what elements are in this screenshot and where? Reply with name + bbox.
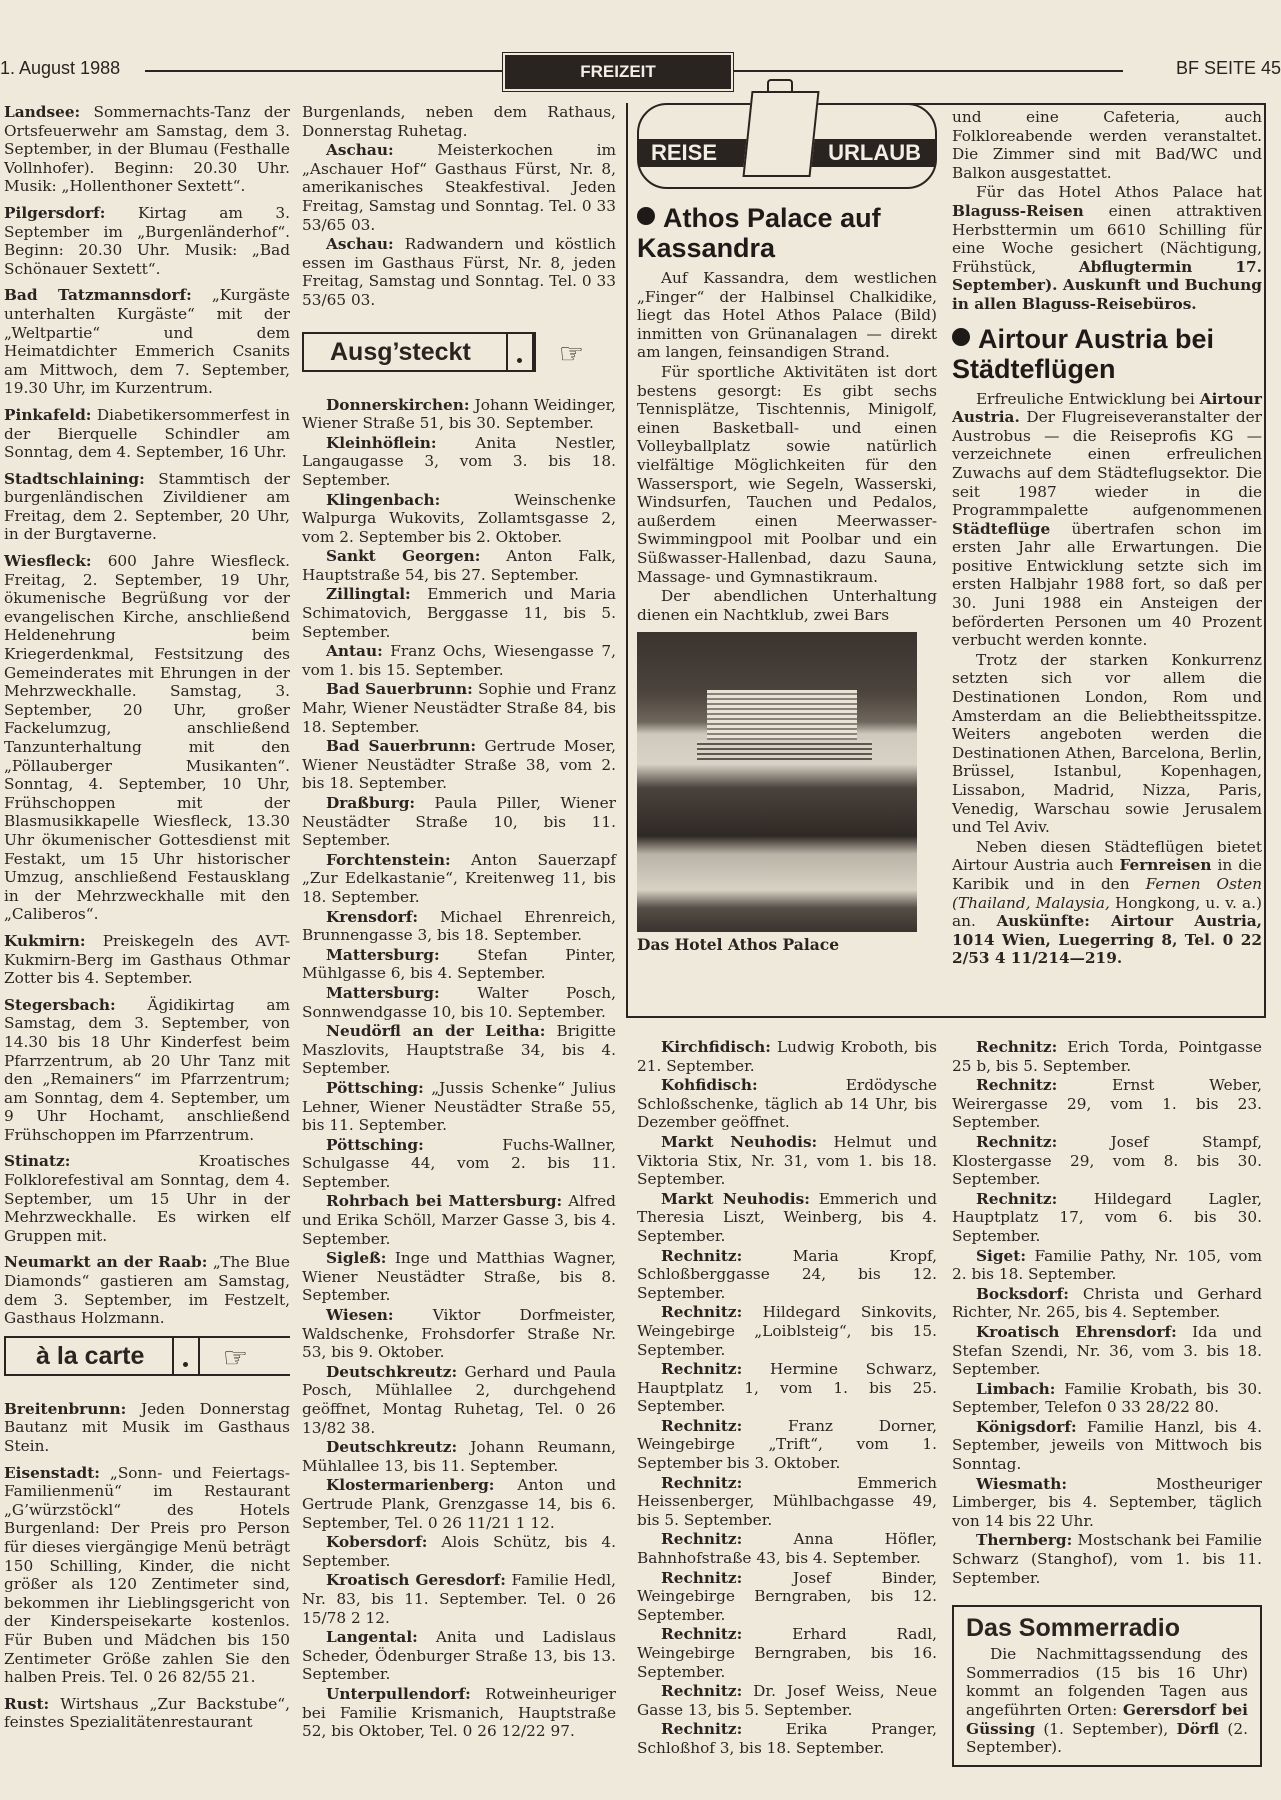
heuriger-entry: Rechnitz: Emmerich Heissenberger, Mühlba… (637, 1474, 937, 1530)
heuriger-entry: Rechnitz: Ernst Weber, Weirergasse 29, v… (952, 1076, 1262, 1132)
heuriger-entry: Rechnitz: Anna Höfler, Bahnhofstraße 43,… (637, 1530, 937, 1567)
heuriger-entry: Pöttsching: Fuchs-Wallner, Schulgasse 44… (302, 1136, 616, 1192)
kicker-a-la-carte: à la carte ☞ (4, 1336, 290, 1376)
kicker-tab-icon (506, 332, 534, 372)
heuriger-entry: Königsdorf: Familie Hanzl, bis 4. Septem… (952, 1418, 1262, 1474)
heuriger-entry: Zillingtal: Emmerich und Maria Schimatov… (302, 585, 616, 641)
header-rule-left (145, 70, 503, 72)
heuriger-entry: Donnerskirchen: Johann Weidinger, Wiener… (302, 396, 616, 433)
photo-caption: Das Hotel Athos Palace (637, 936, 937, 955)
page-number: BF SEITE 45 (1176, 58, 1281, 79)
heuriger-entry: Markt Neuhodis: Emmerich und Theresia Li… (637, 1190, 937, 1246)
heuriger-entry: Rechnitz: Josef Binder, Weingebirge Bern… (637, 1569, 937, 1625)
restaurant-entry: Rust: Wirtshaus „Zur Backstube“, feinste… (4, 1695, 290, 1732)
heuriger-entry: Rechnitz: Hermine Schwarz, Hauptplatz 1,… (637, 1360, 937, 1416)
event-entry: Neumarkt an der Raab: „The Blue Diamonds… (4, 1253, 290, 1327)
heuriger-entry: Draßburg: Paula Piller, Wiener Neustädte… (302, 794, 616, 850)
heuriger-entry: Bad Sauerbrunn: Gertrude Moser, Wiener N… (302, 737, 616, 793)
article-paragraph: Trotz der starken Konkurrenz setzten sic… (952, 651, 1262, 837)
suitcase-icon (742, 91, 819, 177)
heuriger-entry: Deutschkreutz: Johann Reumann, Mühlallee… (302, 1438, 616, 1475)
restaurant-entry: Aschau: Radwandern und köstlich essen im… (302, 235, 616, 309)
header-rule-right (733, 70, 1123, 72)
heuriger-entry: Rechnitz: Erika Pranger, Schloßhof 3, bi… (637, 1720, 937, 1757)
heuriger-entry: Thernberg: Mostschank bei Familie Schwar… (952, 1531, 1262, 1587)
heuriger-entry: Krensdorf: Michael Ehrenreich, Brunnenga… (302, 908, 616, 945)
column-ausgsteckt: Burgenlands, neben dem Rathaus, Donnerst… (302, 103, 616, 1742)
heuriger-entry: Rechnitz: Erich Torda, Pointgasse 25 b, … (952, 1038, 1262, 1075)
heuriger-entry: Bocksdorf: Christa und Gerhard Richter, … (952, 1285, 1262, 1322)
heuriger-entry: Langental: Anita und Ladislaus Scheder, … (302, 1628, 616, 1684)
heuriger-entry: Pöttsching: „Jussis Schenke“ Julius Lehn… (302, 1079, 616, 1135)
heuriger-entry: Wiesen: Viktor Dorfmeister, Waldschenke,… (302, 1306, 616, 1362)
heuriger-entry: Antau: Franz Ochs, Wiesengasse 7, vom 1.… (302, 642, 616, 679)
section-label: FREIZEIT (505, 55, 731, 89)
heuriger-entry: Kobersdorf: Alois Schütz, bis 4. Septemb… (302, 1533, 616, 1570)
article-paragraph: Für sportliche Aktivitäten ist dort best… (637, 363, 937, 586)
headline-athos-palace: Athos Palace auf Kassandra (637, 203, 937, 263)
restaurant-entry: Aschau: Meisterkochen im „Aschauer Hof“ … (302, 141, 616, 234)
column-travel-right: und eine Cafeteria, auch Folkloreabende … (952, 108, 1262, 969)
heuriger-entry: Rechnitz: Josef Stampf, Klostergasse 29,… (952, 1133, 1262, 1189)
reise-urlaub-banner: REISE URLAUB (637, 103, 937, 189)
pointing-hand-icon: ☞ (223, 1340, 248, 1376)
kicker-ausgsteckt: Ausg’steckt ☞ (302, 332, 536, 372)
column-events: Landsee: Sommernachts-Tanz der Ortsfeuer… (4, 103, 290, 1740)
hotel-photo (637, 632, 917, 932)
sommerradio-title: Das Sommerradio (966, 1613, 1248, 1643)
heuriger-entry: Kroatisch Ehrensdorf: Ida und Stefan Sze… (952, 1323, 1262, 1379)
article-paragraph: Neben diesen Städteflügen bietet Airtour… (952, 838, 1262, 968)
restaurant-entry: Eisenstadt: „Sonn- und Feiertags-Familie… (4, 1464, 290, 1687)
pointing-hand-icon: ☞ (559, 336, 584, 372)
heuriger-entry: Rechnitz: Hildegard Lagler, Hauptplatz 1… (952, 1190, 1262, 1246)
heuriger-entry: Rechnitz: Maria Kropf, Schloßberggasse 2… (637, 1247, 937, 1303)
heuriger-entry: Bad Sauerbrunn: Sophie und Franz Mahr, W… (302, 680, 616, 736)
heuriger-entry: Rechnitz: Erhard Radl, Weingebirge Berng… (637, 1625, 937, 1681)
issue-date: 1. August 1988 (0, 58, 120, 79)
heuriger-entry: Sankt Georgen: Anton Falk, Hauptstraße 5… (302, 547, 616, 584)
heuriger-entry: Siget: Familie Pathy, Nr. 105, vom 2. bi… (952, 1247, 1262, 1284)
heuriger-entry: Kirchfidisch: Ludwig Kroboth, bis 21. Se… (637, 1038, 937, 1075)
article-paragraph: Erfreuliche Entwicklung bei Airtour Aust… (952, 390, 1262, 650)
page-header: 1. August 1988 FREIZEIT BF SEITE 45 (0, 52, 1281, 92)
heuriger-entry: Mattersburg: Stefan Pinter, Mühlgasse 6,… (302, 946, 616, 983)
heuriger-entry: Deutschkreutz: Gerhard und Paula Posch, … (302, 1363, 616, 1437)
event-entry: Pinkafeld: Diabetikersommerfest in der B… (4, 406, 290, 462)
kicker-tab-icon (172, 1336, 200, 1376)
headline-airtour: Airtour Austria bei Städteflügen (952, 324, 1262, 384)
event-entry: Stinatz: Kroatisches Folklorefestival am… (4, 1152, 290, 1245)
heuriger-entry: Kohfidisch: Erdödysche Schloßschenke, tä… (637, 1076, 937, 1132)
article-paragraph: und eine Cafeteria, auch Folkloreabende … (952, 108, 1262, 182)
column-heuriger-3: Kirchfidisch: Ludwig Kroboth, bis 21. Se… (637, 1038, 937, 1759)
event-entry: Stadtschlaining: Stammtisch der burgenlä… (4, 470, 290, 544)
column-travel-left: REISE URLAUB Athos Palace auf Kassandra … (637, 103, 937, 955)
heuriger-entry: Forchtenstein: Anton Sauerzapf „Zur Edel… (302, 851, 616, 907)
heuriger-entry: Neudörfl an der Leitha: Brigitte Maszlov… (302, 1022, 616, 1078)
event-entry: Wiesfleck: 600 Jahre Wiesfleck. Freitag,… (4, 552, 290, 924)
heuriger-entry: Rechnitz: Dr. Josef Weiss, Neue Gasse 13… (637, 1682, 937, 1719)
event-entry: Bad Tatzmannsdorf: „Kurgäste unterhalten… (4, 286, 290, 398)
event-entry: Stegersbach: Ägidikirtag am Samstag, dem… (4, 996, 290, 1145)
bullet-icon (952, 328, 970, 346)
article-paragraph: Für das Hotel Athos Palace hat Blaguss-R… (952, 183, 1262, 313)
heuriger-entry: Rechnitz: Franz Dorner, Weingebirge „Tri… (637, 1417, 937, 1473)
article-paragraph: Auf Kassandra, dem westlichen „Finger“ d… (637, 269, 937, 362)
heuriger-entry: Unterpullendorf: Rotweinheuriger bei Fam… (302, 1685, 616, 1741)
heuriger-entry: Rechnitz: Hildegard Sinkovits, Weingebir… (637, 1303, 937, 1359)
sommerradio-box: Das Sommerradio Die Nachmittagssendung d… (952, 1605, 1262, 1767)
restaurant-entry: Burgenlands, neben dem Rathaus, Donnerst… (302, 103, 616, 140)
article-paragraph: Der abendlichen Unterhaltung dienen ein … (637, 587, 937, 624)
heuriger-entry: Kleinhöflein: Anita Nestler, Langaugasse… (302, 434, 616, 490)
sommerradio-text: Die Nachmittagssendung des Sommerradios … (966, 1645, 1248, 1757)
box-top-rule (898, 103, 1266, 105)
column-heuriger-4: Rechnitz: Erich Torda, Pointgasse 25 b, … (952, 1038, 1262, 1767)
heuriger-entry: Wiesmath: Mostheuriger Limberger, bis 4.… (952, 1475, 1262, 1531)
heuriger-entry: Rohrbach bei Mattersburg: Alfred und Eri… (302, 1192, 616, 1248)
heuriger-entry: Limbach: Familie Krobath, bis 30. Septem… (952, 1380, 1262, 1417)
event-entry: Landsee: Sommernachts-Tanz der Ortsfeuer… (4, 103, 290, 196)
heuriger-entry: Sigleß: Inge und Matthias Wagner, Wiener… (302, 1249, 616, 1305)
heuriger-entry: Mattersburg: Walter Posch, Sonnwendgasse… (302, 984, 616, 1021)
event-entry: Pilgersdorf: Kirtag am 3. September im „… (4, 204, 290, 278)
heuriger-entry: Klostermarienberg: Anton und Gertrude Pl… (302, 1476, 616, 1532)
heuriger-entry: Klingenbach: Weinschenke Walpurga Wukovi… (302, 491, 616, 547)
heuriger-entry: Kroatisch Geresdorf: Familie Hedl, Nr. 8… (302, 1571, 616, 1627)
restaurant-entry: Breitenbrunn: Jeden Donnerstag Bautanz m… (4, 1400, 290, 1456)
event-entry: Kukmirn: Preiskegeln des AVT-Kukmirn-Ber… (4, 932, 290, 988)
heuriger-entry: Markt Neuhodis: Helmut und Viktoria Stix… (637, 1133, 937, 1189)
bullet-icon (637, 207, 655, 225)
